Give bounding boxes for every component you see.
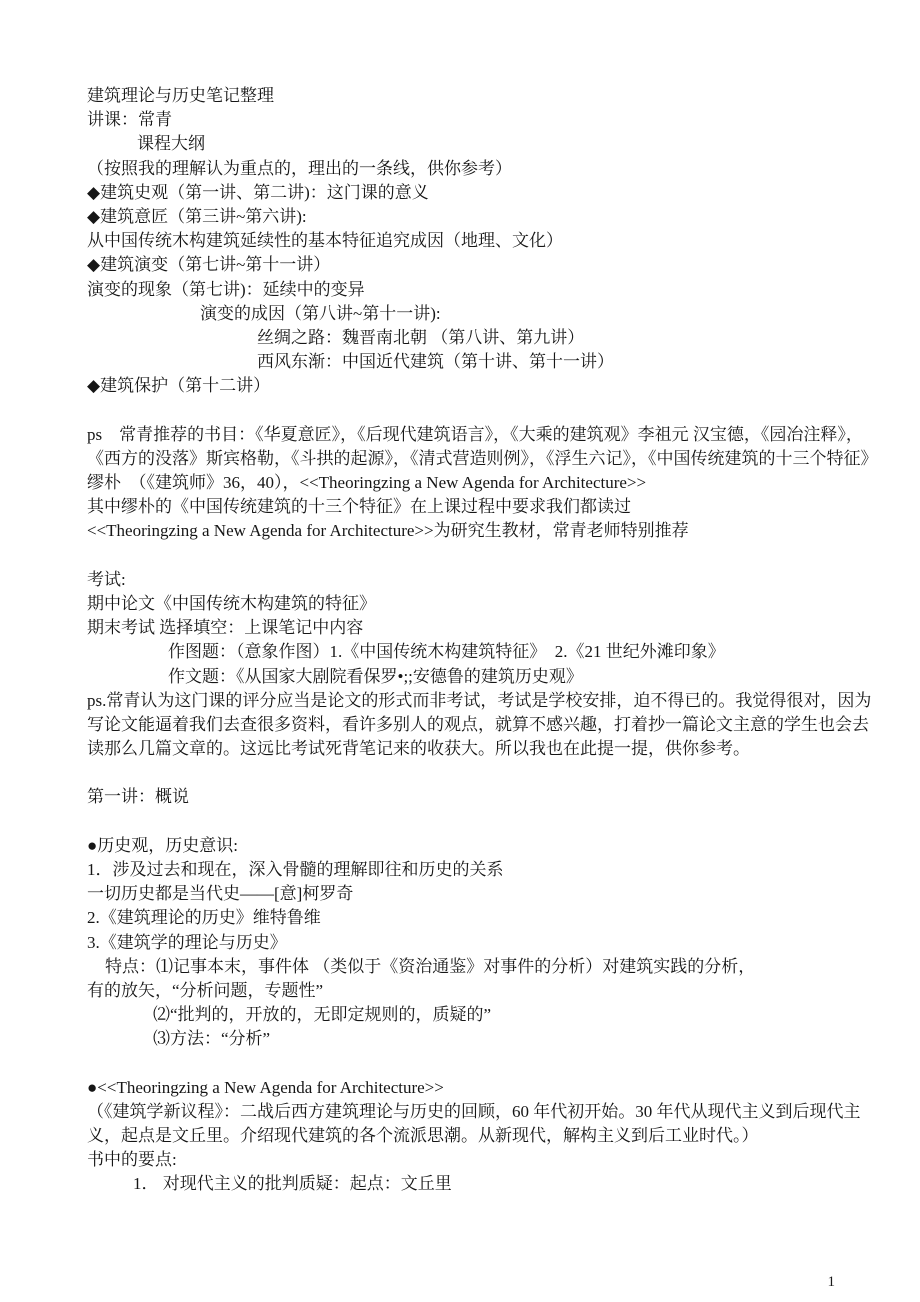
doc-line: ●<<Theoringzing a New Agenda for Archite… <box>87 1076 849 1100</box>
doc-line: 期末考试 选择填空：上课笔记中内容 <box>87 616 849 640</box>
doc-line: ◆建筑演变（第七讲~第十一讲） <box>87 253 849 277</box>
doc-line: 1． 对现代主义的批判质疑：起点：文丘里 <box>87 1172 849 1196</box>
page-number: 1 <box>87 1274 835 1291</box>
doc-line: 书中的要点: <box>87 1148 849 1172</box>
doc-line: 考试: <box>87 568 849 592</box>
doc-line: 作文题：《从国家大剧院看保罗•;;安德鲁的建筑历史观》 <box>87 665 849 689</box>
doc-line: 《西方的没落》斯宾格勒，《斗拱的起源》，《清式营造则例》，《浮生六记》，《中国传… <box>87 447 849 471</box>
doc-line: 期中论文《中国传统木构建筑的特征》 <box>87 592 849 616</box>
doc-line <box>87 1052 849 1076</box>
doc-line: 作图题：（意象作图）1.《中国传统木构建筑特征》 2.《21 世纪外滩印象》 <box>87 640 849 664</box>
doc-line <box>87 544 849 568</box>
doc-line: 特点：⑴记事本末，事件体 （类似于《资治通鉴》对事件的分析）对建筑实践的分析， <box>87 955 849 979</box>
document-content: 建筑理论与历史笔记整理讲课：常青课程大纲（按照我的理解认为重点的，理出的一条线，… <box>87 84 849 1197</box>
doc-line: 从中国传统木构建筑延续性的基本特征追究成因（地理、文化） <box>87 229 849 253</box>
doc-line: 课程大纲 <box>87 132 849 156</box>
doc-line: ◆建筑保护（第十二讲） <box>87 374 849 398</box>
doc-line: ⑵“批判的，开放的，无即定规则的，质疑的” <box>87 1003 849 1027</box>
doc-line: （按照我的理解认为重点的，理出的一条线，供你参考） <box>87 157 849 181</box>
doc-line: 演变的成因（第八讲~第十一讲): <box>87 302 849 326</box>
doc-line: 其中缪朴的《中国传统建筑的十三个特征》在上课过程中要求我们都读过 <box>87 495 849 519</box>
doc-line <box>87 398 849 422</box>
doc-line: 建筑理论与历史笔记整理 <box>87 84 849 108</box>
doc-line: ps.常青认为这门课的评分应当是论文的形式而非考试，考试是学校安排，迫不得已的。… <box>87 689 849 713</box>
doc-line: ◆建筑史观（第一讲、第二讲)：这门课的意义 <box>87 181 849 205</box>
doc-line: ●历史观，历史意识: <box>87 834 849 858</box>
doc-line: 3.《建筑学的理论与历史》 <box>87 931 849 955</box>
doc-line <box>87 761 849 785</box>
doc-line <box>87 810 849 834</box>
doc-line: 一切历史都是当代史——[意]柯罗奇 <box>87 882 849 906</box>
doc-line: ps 常青推荐的书目：《华夏意匠》，《后现代建筑语言》，《大乘的建筑观》李祖元 … <box>87 423 849 447</box>
doc-line: （《建筑学新议程》：二战后西方建筑理论与历史的回顾，60 年代初开始。30 年代… <box>87 1100 849 1124</box>
doc-line: 讲课：常青 <box>87 108 849 132</box>
doc-line: ⑶方法：“分析” <box>87 1027 849 1051</box>
doc-line: 缪朴 （《建筑师》36，40），<<Theoringzing a New Age… <box>87 471 849 495</box>
doc-line: 1．涉及过去和现在，深入骨髓的理解即往和历史的关系 <box>87 858 849 882</box>
doc-line: 读那么几篇文章的。这远比考试死背笔记来的收获大。所以我也在此提一提，供你参考。 <box>87 737 849 761</box>
doc-line: 演变的现象（第七讲)：延续中的变异 <box>87 278 849 302</box>
doc-line: 2.《建筑理论的历史》维特鲁维 <box>87 906 849 930</box>
doc-line: <<Theoringzing a New Agenda for Architec… <box>87 519 849 543</box>
document-page: 建筑理论与历史笔记整理讲课：常青课程大纲（按照我的理解认为重点的，理出的一条线，… <box>0 0 920 1302</box>
doc-line: 西风东渐：中国近代建筑（第十讲、第十一讲） <box>87 350 849 374</box>
doc-line: 义，起点是文丘里。介绍现代建筑的各个流派思潮。从新现代，解构主义到后工业时代。） <box>87 1124 849 1148</box>
doc-line: 写论文能逼着我们去查很多资料，看许多别人的观点，就算不感兴趣，打着抄一篇论文主意… <box>87 713 849 737</box>
doc-line: ◆建筑意匠（第三讲~第六讲): <box>87 205 849 229</box>
doc-line: 第一讲：概说 <box>87 785 849 809</box>
doc-line: 有的放矢，“分析问题，专题性” <box>87 979 849 1003</box>
doc-line: 丝绸之路：魏晋南北朝 （第八讲、第九讲） <box>87 326 849 350</box>
